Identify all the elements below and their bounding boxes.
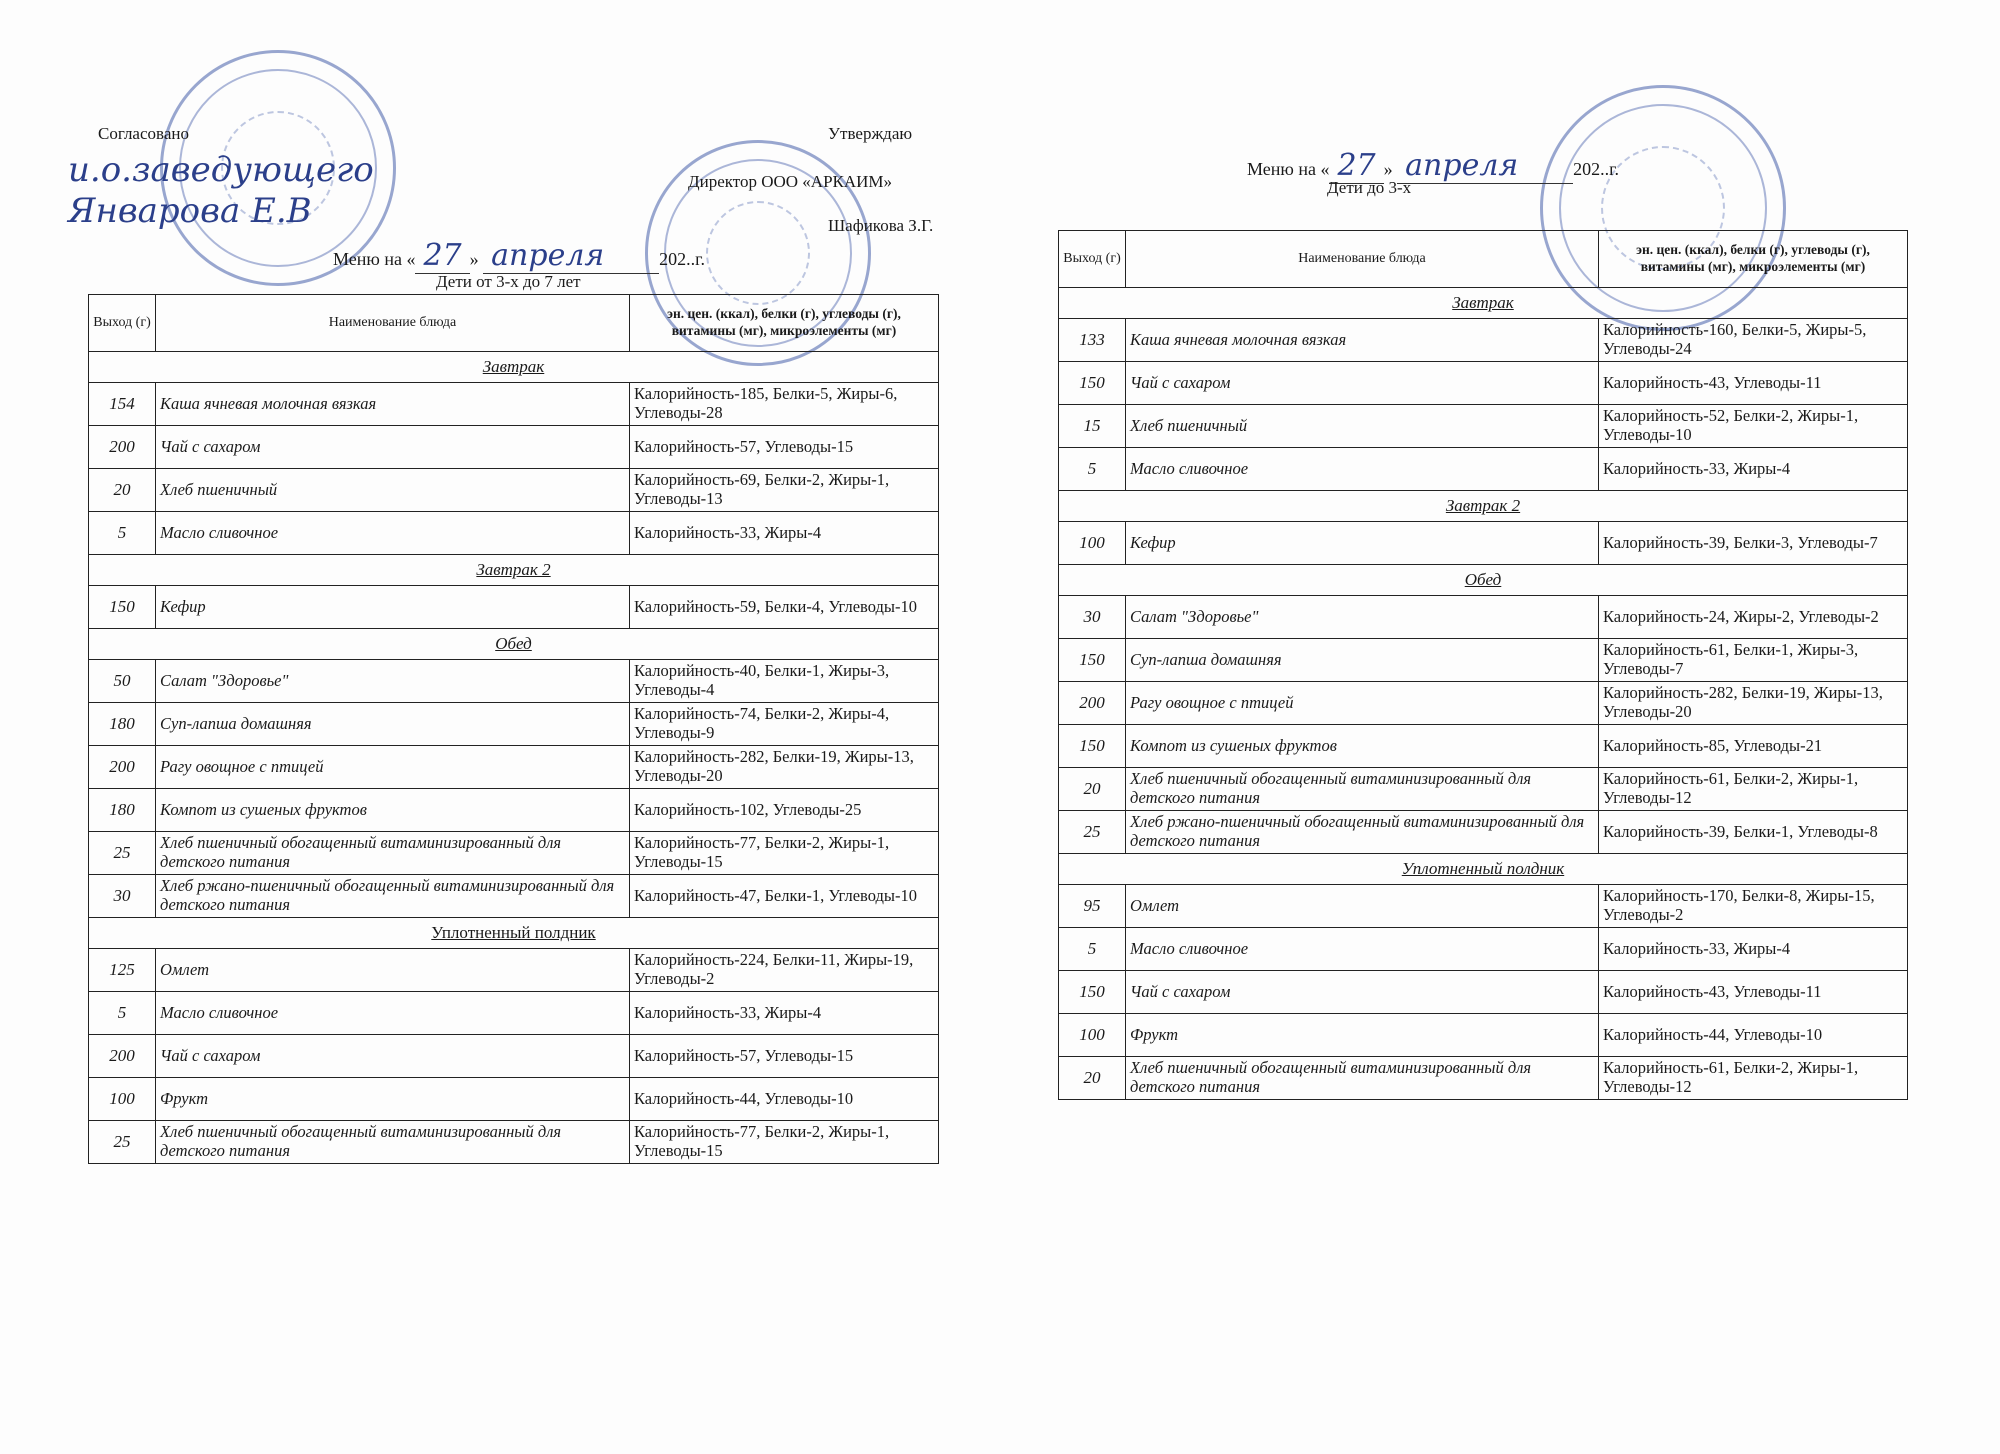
table-row: 5Масло сливочноеКалорийность-33, Жиры-4 — [1059, 928, 1908, 971]
table-row: 95ОмлетКалорийность-170, Белки-8, Жиры-1… — [1059, 885, 1908, 928]
left-menu-title: Меню на «27» апреля202..г. — [333, 238, 705, 274]
table-row: 133Каша ячневая молочная вязкаяКалорийно… — [1059, 319, 1908, 362]
dish-yield: 100 — [1059, 1014, 1126, 1057]
dish-name: Омлет — [1126, 885, 1599, 928]
dish-yield: 150 — [1059, 362, 1126, 405]
dish-nutrition: Калорийность-52, Белки-2, Жиры-1, Углево… — [1599, 405, 1908, 448]
dish-nutrition: Калорийность-185, Белки-5, Жиры-6, Углев… — [630, 383, 939, 426]
section-row: Завтрак — [1059, 288, 1908, 319]
table-row: 30Салат "Здоровье"Калорийность-24, Жиры-… — [1059, 596, 1908, 639]
section-row: Завтрак — [89, 352, 939, 383]
dish-name: Салат "Здоровье" — [156, 660, 630, 703]
table-row: 150Чай с сахаромКалорийность-43, Углевод… — [1059, 971, 1908, 1014]
dish-name: Масло сливочное — [1126, 448, 1599, 491]
dish-name: Кефир — [1126, 522, 1599, 565]
dish-nutrition: Калорийность-224, Белки-11, Жиры-19, Угл… — [630, 949, 939, 992]
dish-nutrition: Калорийность-102, Углеводы-25 — [630, 789, 939, 832]
dish-name: Масло сливочное — [1126, 928, 1599, 971]
dish-nutrition: Калорийность-74, Белки-2, Жиры-4, Углево… — [630, 703, 939, 746]
table-row: 154Каша ячневая молочная вязкаяКалорийно… — [89, 383, 939, 426]
dish-yield: 5 — [1059, 928, 1126, 971]
section-title: Завтрак — [89, 352, 939, 383]
section-row: Завтрак 2 — [1059, 491, 1908, 522]
table-row: 200Чай с сахаромКалорийность-57, Углевод… — [89, 426, 939, 469]
dish-nutrition: Калорийность-39, Белки-3, Углеводы-7 — [1599, 522, 1908, 565]
dish-yield: 150 — [1059, 725, 1126, 768]
dish-nutrition: Калорийность-33, Жиры-4 — [630, 992, 939, 1035]
dish-name: Масло сливочное — [156, 512, 630, 555]
dish-name: Масло сливочное — [156, 992, 630, 1035]
section-title: Обед — [1059, 565, 1908, 596]
dish-name: Кефир — [156, 586, 630, 629]
dish-yield: 25 — [89, 832, 156, 875]
dish-yield: 15 — [1059, 405, 1126, 448]
dish-nutrition: Калорийность-282, Белки-19, Жиры-13, Угл… — [1599, 682, 1908, 725]
table-row: 15Хлеб пшеничныйКалорийность-52, Белки-2… — [1059, 405, 1908, 448]
table-row: 200Рагу овощное с птицейКалорийность-282… — [1059, 682, 1908, 725]
dish-yield: 30 — [1059, 596, 1126, 639]
menu-month: апреля — [1397, 148, 1573, 184]
dish-nutrition: Калорийность-77, Белки-2, Жиры-1, Углево… — [630, 832, 939, 875]
left-menu-subtitle: Дети от 3-х до 7 лет — [436, 272, 581, 292]
dish-nutrition: Калорийность-282, Белки-19, Жиры-13, Угл… — [630, 746, 939, 789]
dish-yield: 50 — [89, 660, 156, 703]
dish-name-header: Наименование блюда — [156, 295, 630, 352]
section-row: Обед — [1059, 565, 1908, 596]
table-row: 20Хлеб пшеничныйКалорийность-69, Белки-2… — [89, 469, 939, 512]
section-title: Уплотненный полдник — [1059, 854, 1908, 885]
table-row: 180Суп-лапша домашняяКалорийность-74, Бе… — [89, 703, 939, 746]
menu-year: 202..г. — [659, 249, 705, 269]
dish-yield: 5 — [89, 992, 156, 1035]
table-row: 25Хлеб пшеничный обогащенный витаминизир… — [89, 832, 939, 875]
dish-yield: 25 — [89, 1121, 156, 1164]
dish-nutrition: Калорийность-40, Белки-1, Жиры-3, Углево… — [630, 660, 939, 703]
section-row: Завтрак 2 — [89, 555, 939, 586]
dish-nutrition: Калорийность-85, Углеводы-21 — [1599, 725, 1908, 768]
right-menu-table: Выход (г)Наименование блюдаэн. цен. (кка… — [1058, 230, 1908, 1100]
dish-name: Фрукт — [1126, 1014, 1599, 1057]
dish-name: Хлеб ржано-пшеничный обогащенный витамин… — [1126, 811, 1599, 854]
dish-yield: 180 — [89, 789, 156, 832]
dish-name: Чай с сахаром — [156, 426, 630, 469]
dish-yield: 200 — [1059, 682, 1126, 725]
dish-name: Суп-лапша домашняя — [156, 703, 630, 746]
dish-name: Хлеб пшеничный — [1126, 405, 1599, 448]
dish-yield: 133 — [1059, 319, 1126, 362]
menu-day: 27 — [415, 238, 469, 274]
header-row: Выход (г)Наименование блюдаэн. цен. (кка… — [1059, 231, 1908, 288]
approve-name: Шафикова З.Г. — [828, 216, 933, 236]
dish-nutrition: Калорийность-44, Углеводы-10 — [630, 1078, 939, 1121]
dish-nutrition: Калорийность-61, Белки-2, Жиры-1, Углево… — [1599, 1057, 1908, 1100]
dish-nutrition: Калорийность-69, Белки-2, Жиры-1, Углево… — [630, 469, 939, 512]
dish-nutrition: Калорийность-77, Белки-2, Жиры-1, Углево… — [630, 1121, 939, 1164]
approve-label: Утверждаю — [828, 124, 912, 144]
dish-yield: 200 — [89, 746, 156, 789]
dish-name: Чай с сахаром — [1126, 362, 1599, 405]
dish-yield: 5 — [1059, 448, 1126, 491]
table-row: 25Хлеб пшеничный обогащенный витаминизир… — [89, 1121, 939, 1164]
dish-yield: 154 — [89, 383, 156, 426]
table-row: 125ОмлетКалорийность-224, Белки-11, Жиры… — [89, 949, 939, 992]
dish-name: Хлеб ржано-пшеничный обогащенный витамин… — [156, 875, 630, 918]
dish-yield: 125 — [89, 949, 156, 992]
dish-name-header: Наименование блюда — [1126, 231, 1599, 288]
dish-name: Хлеб пшеничный обогащенный витаминизиров… — [1126, 1057, 1599, 1100]
right-menu-title: Меню на «27» апреля202..г. — [1247, 148, 1619, 184]
dish-name: Чай с сахаром — [1126, 971, 1599, 1014]
menu-year: 202..г. — [1573, 159, 1619, 179]
dish-yield: 25 — [1059, 811, 1126, 854]
dish-name: Суп-лапша домашняя — [1126, 639, 1599, 682]
table-row: 5Масло сливочноеКалорийность-33, Жиры-4 — [1059, 448, 1908, 491]
dish-name: Хлеб пшеничный обогащенный витаминизиров… — [156, 1121, 630, 1164]
section-title: Обед — [89, 629, 939, 660]
header-row: Выход (г)Наименование блюдаэн. цен. (кка… — [89, 295, 939, 352]
dish-name: Фрукт — [156, 1078, 630, 1121]
table-row: 5Масло сливочноеКалорийность-33, Жиры-4 — [89, 992, 939, 1035]
dish-yield: 30 — [89, 875, 156, 918]
dish-name: Чай с сахаром — [156, 1035, 630, 1078]
dish-yield: 20 — [89, 469, 156, 512]
table-row: 25Хлеб ржано-пшеничный обогащенный витам… — [1059, 811, 1908, 854]
section-title: Завтрак — [1059, 288, 1908, 319]
dish-nutrition: Калорийность-24, Жиры-2, Углеводы-2 — [1599, 596, 1908, 639]
menu-month: апреля — [483, 238, 659, 274]
table-row: 30Хлеб ржано-пшеничный обогащенный витам… — [89, 875, 939, 918]
dish-nutrition: Калорийность-47, Белки-1, Углеводы-10 — [630, 875, 939, 918]
dish-yield: 200 — [89, 1035, 156, 1078]
dish-nutrition: Калорийность-43, Углеводы-11 — [1599, 971, 1908, 1014]
table-row: 180Компот из сушеных фруктовКалорийность… — [89, 789, 939, 832]
table-row: 150Чай с сахаромКалорийность-43, Углевод… — [1059, 362, 1908, 405]
table-row: 200Чай с сахаромКалорийность-57, Углевод… — [89, 1035, 939, 1078]
dish-nutrition: Калорийность-61, Белки-2, Жиры-1, Углево… — [1599, 768, 1908, 811]
section-title: Уплотненный полдник — [89, 918, 939, 949]
dish-name: Салат "Здоровье" — [1126, 596, 1599, 639]
dish-yield: 95 — [1059, 885, 1126, 928]
section-title: Завтрак 2 — [89, 555, 939, 586]
table-row: 5Масло сливочноеКалорийность-33, Жиры-4 — [89, 512, 939, 555]
table-row: 20Хлеб пшеничный обогащенный витаминизир… — [1059, 1057, 1908, 1100]
dish-yield: 150 — [1059, 971, 1126, 1014]
table-row: 200Рагу овощное с птицейКалорийность-282… — [89, 746, 939, 789]
table-row: 150Суп-лапша домашняяКалорийность-61, Бе… — [1059, 639, 1908, 682]
dish-yield: 150 — [1059, 639, 1126, 682]
dish-name: Компот из сушеных фруктов — [1126, 725, 1599, 768]
nutrition-header: эн. цен. (ккал), белки (г), углеводы (г)… — [1599, 231, 1908, 288]
table-row: 150Компот из сушеных фруктовКалорийность… — [1059, 725, 1908, 768]
dish-nutrition: Калорийность-43, Углеводы-11 — [1599, 362, 1908, 405]
dish-nutrition: Калорийность-33, Жиры-4 — [630, 512, 939, 555]
dish-nutrition: Калорийность-57, Углеводы-15 — [630, 426, 939, 469]
agreed-signature: и.о.заведующего Январова Е.В — [68, 150, 488, 232]
table-row: 20Хлеб пшеничный обогащенный витаминизир… — [1059, 768, 1908, 811]
dish-nutrition: Калорийность-33, Жиры-4 — [1599, 448, 1908, 491]
dish-name: Рагу овощное с птицей — [156, 746, 630, 789]
table-row: 100ФруктКалорийность-44, Углеводы-10 — [89, 1078, 939, 1121]
dish-yield: 5 — [89, 512, 156, 555]
dish-yield: 20 — [1059, 768, 1126, 811]
section-row: Уплотненный полдник — [1059, 854, 1908, 885]
dish-name: Рагу овощное с птицей — [1126, 682, 1599, 725]
section-row: Обед — [89, 629, 939, 660]
title-mid: » — [1384, 159, 1398, 179]
dish-nutrition: Калорийность-33, Жиры-4 — [1599, 928, 1908, 971]
dish-yield: 200 — [89, 426, 156, 469]
table-row: 100КефирКалорийность-39, Белки-3, Углево… — [1059, 522, 1908, 565]
dish-yield: 150 — [89, 586, 156, 629]
dish-name: Каша ячневая молочная вязкая — [1126, 319, 1599, 362]
title-mid: » — [470, 249, 484, 269]
dish-name: Хлеб пшеничный обогащенный витаминизиров… — [156, 832, 630, 875]
yield-header: Выход (г) — [89, 295, 156, 352]
agreed-label: Согласовано — [98, 124, 189, 144]
dish-nutrition: Калорийность-59, Белки-4, Углеводы-10 — [630, 586, 939, 629]
section-title: Завтрак 2 — [1059, 491, 1908, 522]
nutrition-header: эн. цен. (ккал), белки (г), углеводы (г)… — [630, 295, 939, 352]
yield-header: Выход (г) — [1059, 231, 1126, 288]
title-prefix: Меню на « — [333, 249, 415, 269]
dish-nutrition: Калорийность-39, Белки-1, Углеводы-8 — [1599, 811, 1908, 854]
dish-name: Каша ячневая молочная вязкая — [156, 383, 630, 426]
dish-yield: 100 — [1059, 522, 1126, 565]
dish-nutrition: Калорийность-44, Углеводы-10 — [1599, 1014, 1908, 1057]
left-menu-table: Выход (г)Наименование блюдаэн. цен. (кка… — [88, 294, 939, 1164]
dish-name: Хлеб пшеничный — [156, 469, 630, 512]
dish-name: Компот из сушеных фруктов — [156, 789, 630, 832]
dish-yield: 180 — [89, 703, 156, 746]
dish-name: Хлеб пшеничный обогащенный витаминизиров… — [1126, 768, 1599, 811]
table-row: 150КефирКалорийность-59, Белки-4, Углево… — [89, 586, 939, 629]
dish-nutrition: Калорийность-57, Углеводы-15 — [630, 1035, 939, 1078]
dish-nutrition: Калорийность-61, Белки-1, Жиры-3, Углево… — [1599, 639, 1908, 682]
dish-nutrition: Калорийность-160, Белки-5, Жиры-5, Углев… — [1599, 319, 1908, 362]
right-menu-subtitle: Дети до 3-х — [1327, 178, 1411, 198]
table-row: 50Салат "Здоровье"Калорийность-40, Белки… — [89, 660, 939, 703]
dish-yield: 20 — [1059, 1057, 1126, 1100]
dish-name: Омлет — [156, 949, 630, 992]
title-prefix: Меню на « — [1247, 159, 1329, 179]
dish-nutrition: Калорийность-170, Белки-8, Жиры-15, Угле… — [1599, 885, 1908, 928]
table-row: 100ФруктКалорийность-44, Углеводы-10 — [1059, 1014, 1908, 1057]
dish-yield: 100 — [89, 1078, 156, 1121]
approve-position: Директор ООО «АРКАИМ» — [688, 172, 892, 192]
section-row: Уплотненный полдник — [89, 918, 939, 949]
